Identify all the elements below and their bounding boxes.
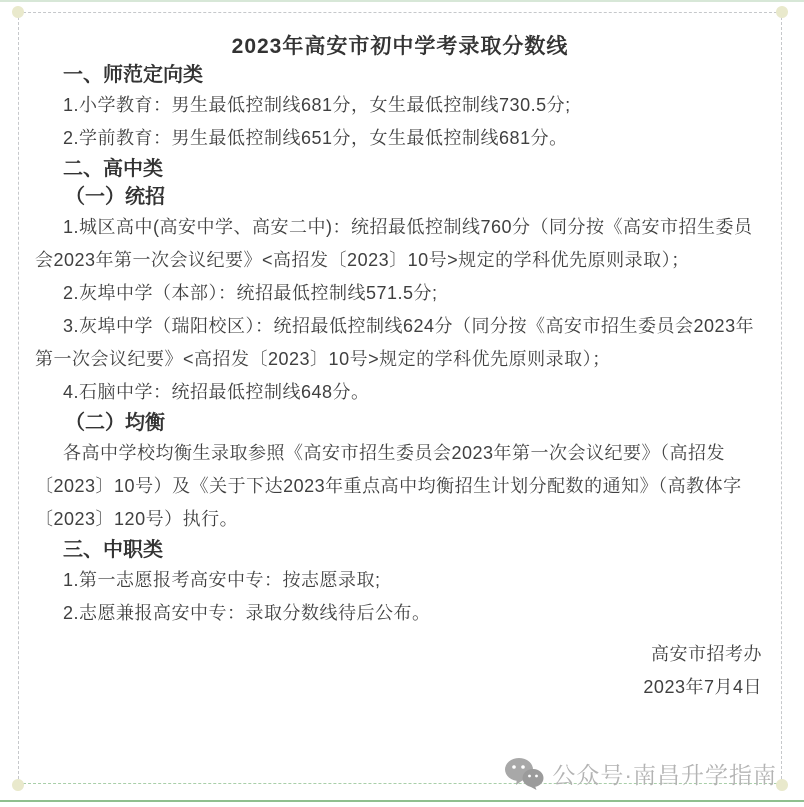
paragraph-shinao: 4.石脑中学：统招最低控制线648分。 xyxy=(35,376,765,409)
subsection-heading-unified-admission: （一）统招 xyxy=(35,183,765,211)
signature: 高安市招考办 xyxy=(35,638,762,671)
paragraph-primary-education: 1.小学教育：男生最低控制线681分，女生最低控制线730.5分; xyxy=(35,89,765,122)
corner-dot-bottom-left xyxy=(12,779,24,791)
watermark: 公众号·南昌升学指南 xyxy=(504,757,777,790)
paragraph-concurrent-choice: 2.志愿兼报高安中专：录取分数线待后公布。 xyxy=(35,597,765,630)
signoff-block: 高安市招考办 2023年7月4日 xyxy=(35,638,765,704)
paragraph-huibu-main: 2.灰埠中学（本部）：统招最低控制线571.5分; xyxy=(35,277,765,310)
corner-dot-top-left xyxy=(12,6,24,18)
paragraph-balanced-admission: 各高中学校均衡生录取参照《高安市招生委员会2023年第一次会议纪要》（高招发〔2… xyxy=(35,437,765,536)
wechat-icon xyxy=(504,757,544,790)
corner-dot-bottom-right xyxy=(776,779,788,791)
paragraph-huibu-ruiyang: 3.灰埠中学（瑞阳校区）：统招最低控制线624分（同分按《高安市招生委员会202… xyxy=(35,310,765,376)
watermark-label: 公众号·南昌升学指南 xyxy=(552,757,777,790)
document-body: 2023年高安市初中学考录取分数线 一、师范定向类 1.小学教育：男生最低控制线… xyxy=(35,20,765,704)
subsection-heading-balanced-admission: （二）均衡 xyxy=(35,409,765,437)
date: 2023年7月4日 xyxy=(35,671,762,704)
paragraph-preschool-education: 2.学前教育：男生最低控制线651分，女生最低控制线681分。 xyxy=(35,122,765,155)
page-title: 2023年高安市初中学考录取分数线 xyxy=(35,33,765,61)
corner-dot-top-right xyxy=(776,6,788,18)
document-page: 2023年高安市初中学考录取分数线 一、师范定向类 1.小学教育：男生最低控制线… xyxy=(0,0,804,807)
section-heading-normal-class: 一、师范定向类 xyxy=(35,61,765,89)
paragraph-first-choice: 1.第一志愿报考高安中专：按志愿录取; xyxy=(35,564,765,597)
paragraph-city-high-schools: 1.城区高中(高安中学、高安二中)：统招最低控制线760分（同分按《高安市招生委… xyxy=(35,211,765,277)
section-heading-vocational-class: 三、中职类 xyxy=(35,536,765,564)
bottom-edge-line xyxy=(0,800,804,802)
top-edge-line xyxy=(0,0,804,2)
section-heading-high-school-class: 二、高中类 xyxy=(35,155,765,183)
